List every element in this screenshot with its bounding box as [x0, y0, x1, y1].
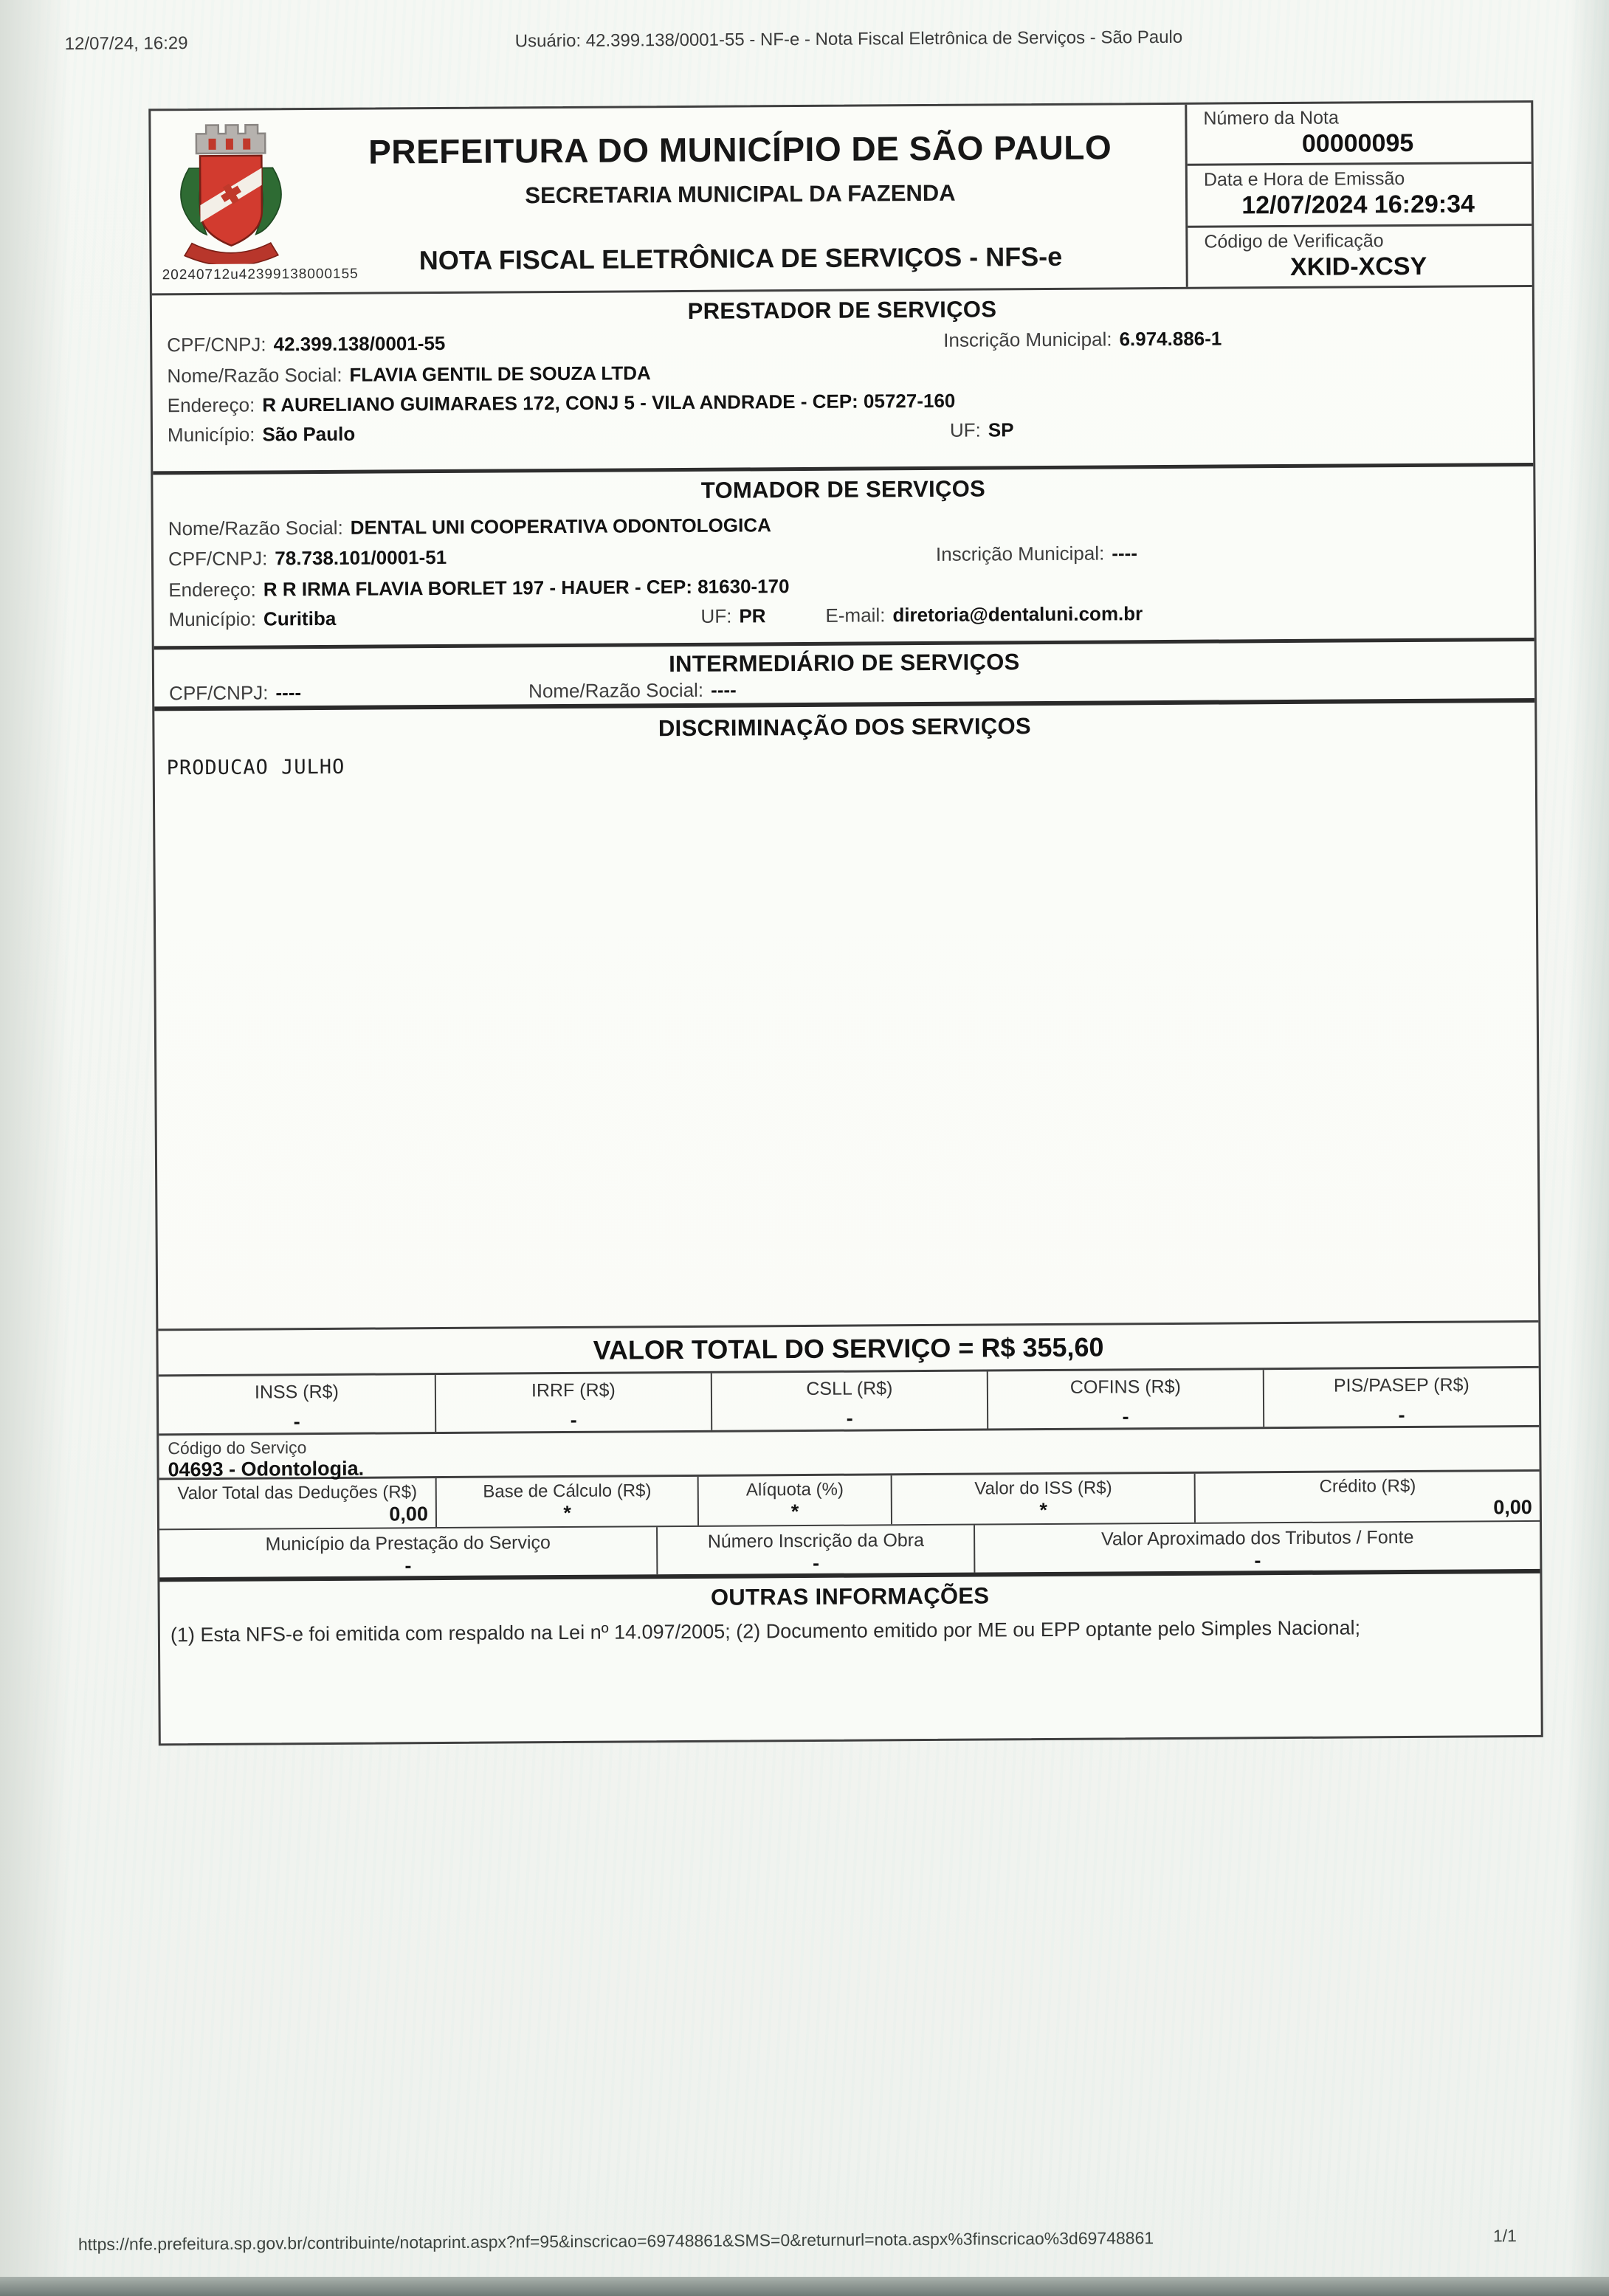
print-timestamp: 12/07/24, 16:29	[65, 33, 188, 55]
tomador-title: TOMADOR DE SERVIÇOS	[153, 472, 1533, 507]
prestador-title: PRESTADOR DE SERVIÇOS	[152, 293, 1532, 328]
prestador-municipio-value: São Paulo	[262, 423, 355, 446]
prestador-cnpj-label: CPF/CNPJ:	[167, 333, 266, 356]
tax-col-pispasep: PIS/PASEP (R$) -	[1263, 1368, 1539, 1427]
extras-value: -	[159, 1553, 656, 1579]
tax-col-cofins: COFINS (R$) -	[987, 1370, 1263, 1428]
invoice-number-value: 00000095	[1203, 128, 1531, 159]
invoice-number-cell: Número da Nota 00000095	[1187, 103, 1532, 166]
issue-datetime-value: 12/07/2024 16:29:34	[1204, 190, 1532, 221]
tomador-municipio-label: Município:	[168, 608, 256, 631]
intermediario-cnpj-label: CPF/CNPJ:	[169, 681, 269, 704]
total-value-line: VALOR TOTAL DO SERVIÇO = R$ 355,60	[158, 1323, 1538, 1375]
intermediario-nome-value: ----	[711, 679, 737, 701]
issue-datetime-label: Data e Hora de Emissão	[1204, 168, 1532, 191]
deduc-col-iss: Valor do ISS (R$) *	[891, 1474, 1195, 1525]
tax-value: -	[712, 1407, 987, 1431]
tax-header: CSLL (R$)	[712, 1372, 987, 1401]
tomador-endereco-value: R R IRMA FLAVIA BORLET 197 - HAUER - CEP…	[263, 575, 790, 600]
prestador-uf-value: SP	[988, 418, 1014, 441]
scanned-page: 12/07/24, 16:29 Usuário: 42.399.138/0001…	[0, 0, 1609, 2296]
prestador-municipio-label: Município:	[168, 424, 255, 447]
section-tomador: TOMADOR DE SERVIÇOS Nome/Razão Social:DE…	[153, 466, 1534, 649]
extras-col-obra: Número Inscrição da Obra -	[656, 1526, 974, 1575]
deduc-value: 0,00	[159, 1503, 435, 1528]
deduc-value: 0,00	[1196, 1496, 1540, 1523]
tomador-im-value: ----	[1112, 542, 1137, 564]
print-page-title: Usuário: 42.399.138/0001-55 - NF-e - Not…	[515, 27, 1183, 52]
tomador-email-value: diretoria@dentaluni.com.br	[892, 602, 1143, 626]
tax-header: IRRF (R$)	[436, 1373, 711, 1402]
prefeitura-title: PREFEITURA DO MUNICÍPIO DE SÃO PAULO	[295, 127, 1184, 172]
outras-text: (1) Esta NFS-e foi emitida com respaldo …	[170, 1612, 1477, 1649]
scan-edge-bottom	[0, 2277, 1609, 2296]
extras-header: Número Inscrição da Obra	[658, 1526, 974, 1554]
prestador-uf-label: UF:	[950, 419, 981, 441]
tomador-nome-label: Nome/Razão Social:	[168, 517, 343, 539]
intermediario-cnpj-value: ----	[275, 681, 301, 703]
prestador-cnpj-value: 42.399.138/0001-55	[273, 332, 445, 355]
discriminacao-title: DISCRIMINAÇÃO DOS SERVIÇOS	[154, 710, 1534, 745]
tax-table: INSS (R$) - IRRF (R$) - CSLL (R$) - COFI…	[159, 1368, 1539, 1435]
extras-table: Município da Prestação do Serviço - Núme…	[159, 1522, 1540, 1582]
tomador-cnpj-value: 78.738.101/0001-51	[275, 546, 447, 569]
tomador-municipio-value: Curitiba	[263, 607, 336, 630]
deduc-value: *	[699, 1500, 891, 1526]
extras-col-tributos: Valor Aproximado dos Tributos / Fonte -	[974, 1522, 1540, 1573]
deduc-col-deducoes: Valor Total das Deduções (R$) 0,00	[159, 1478, 435, 1528]
section-prestador: PRESTADOR DE SERVIÇOS CPF/CNPJ:42.399.13…	[152, 287, 1533, 475]
sao-paulo-coat-of-arms-icon	[167, 116, 294, 264]
service-description-text: PRODUCAO JULHO	[167, 756, 345, 779]
prestador-nome-label: Nome/Razão Social:	[167, 364, 342, 387]
prestador-im-label: Inscrição Municipal:	[943, 328, 1112, 351]
prestador-im-value: 6.974.886-1	[1119, 328, 1222, 351]
tax-header: COFINS (R$)	[988, 1370, 1263, 1399]
tax-col-inss: INSS (R$) -	[159, 1375, 435, 1433]
section-valor-total: VALOR TOTAL DO SERVIÇO = R$ 355,60	[158, 1323, 1538, 1376]
deduc-value: *	[437, 1501, 697, 1527]
prestador-endereco-label: Endereço:	[168, 394, 255, 417]
verification-code-value: XKID-XCSY	[1205, 252, 1532, 283]
section-intermediario: INTERMEDIÁRIO DE SERVIÇOS CPF/CNPJ:---- …	[154, 641, 1534, 711]
section-header: 20240712u42399138000155 PREFEITURA DO MU…	[151, 103, 1532, 295]
issue-datetime-cell: Data e Hora de Emissão 12/07/2024 16:29:…	[1188, 164, 1532, 227]
prestador-endereco-value: R AURELIANO GUIMARAES 172, CONJ 5 - VILA…	[262, 390, 955, 416]
deduc-col-aliquota: Alíquota (%) *	[697, 1475, 891, 1526]
deduc-header: Base de Cálculo (R$)	[437, 1477, 697, 1503]
verification-code-label: Código de Verificação	[1204, 230, 1532, 253]
prestador-nome-value: FLAVIA GENTIL DE SOUZA LTDA	[349, 362, 650, 385]
tax-header: INSS (R$)	[159, 1375, 435, 1404]
section-discriminacao: DISCRIMINAÇÃO DOS SERVIÇOS PRODUCAO JULH…	[154, 703, 1538, 1331]
intermediario-title: INTERMEDIÁRIO DE SERVIÇOS	[154, 646, 1534, 680]
deductions-table: Valor Total das Deduções (R$) 0,00 Base …	[159, 1472, 1540, 1530]
tomador-uf-value: PR	[739, 604, 765, 627]
tomador-nome-value: DENTAL UNI COOPERATIVA ODONTOLOGICA	[351, 514, 771, 538]
section-outras-informacoes: OUTRAS INFORMAÇÕES (1) Esta NFS-e foi em…	[159, 1573, 1540, 1748]
tax-value: -	[988, 1404, 1263, 1429]
extras-header: Valor Aproximado dos Tributos / Fonte	[975, 1522, 1540, 1551]
extras-value: -	[976, 1548, 1540, 1574]
outras-title: OUTRAS INFORMAÇÕES	[160, 1579, 1540, 1614]
tomador-cnpj-label: CPF/CNPJ:	[168, 547, 268, 570]
deduc-col-credito: Crédito (R$) 0,00	[1194, 1472, 1540, 1523]
secretaria-title: SECRETARIA MUNICIPAL DA FAZENDA	[296, 179, 1185, 210]
deduc-header: Valor Total das Deduções (R$)	[159, 1478, 435, 1504]
verification-code-cell: Código de Verificação XKID-XCSY	[1188, 226, 1532, 287]
tax-col-irrf: IRRF (R$) -	[435, 1373, 711, 1432]
print-footer-url: https://nfe.prefeitura.sp.gov.br/contrib…	[78, 2228, 1154, 2255]
tax-value: -	[1264, 1403, 1539, 1427]
nfse-title: NOTA FISCAL ELETRÔNICA DE SERVIÇOS - NFS…	[296, 241, 1185, 277]
invoice-info-box: Número da Nota 00000095 Data e Hora de E…	[1185, 103, 1532, 287]
deduc-col-base: Base de Cálculo (R$) *	[435, 1477, 698, 1527]
tomador-endereco-label: Endereço:	[168, 579, 256, 601]
deduc-header: Valor do ISS (R$)	[892, 1474, 1195, 1500]
tax-header: PIS/PASEP (R$)	[1264, 1368, 1539, 1397]
deduc-value: *	[892, 1498, 1195, 1525]
extras-col-municipio: Município da Prestação do Serviço -	[159, 1527, 657, 1577]
deduc-header: Crédito (R$)	[1196, 1472, 1540, 1498]
tomador-email-label: E-mail:	[825, 604, 885, 626]
intermediario-nome-label: Nome/Razão Social:	[528, 679, 703, 702]
extras-header: Município da Prestação do Serviço	[159, 1527, 656, 1556]
deduc-header: Alíquota (%)	[699, 1475, 891, 1501]
extras-value: -	[658, 1551, 974, 1576]
tomador-im-label: Inscrição Municipal:	[936, 542, 1104, 565]
tax-col-csll: CSLL (R$) -	[711, 1372, 987, 1430]
invoice-document: 20240712u42399138000155 PREFEITURA DO MU…	[148, 100, 1543, 1745]
invoice-number-label: Número da Nota	[1203, 106, 1531, 130]
print-page-number: 1/1	[1493, 2226, 1517, 2246]
tax-value: -	[159, 1410, 435, 1434]
tax-value: -	[436, 1408, 711, 1433]
tomador-uf-label: UF:	[700, 605, 731, 627]
